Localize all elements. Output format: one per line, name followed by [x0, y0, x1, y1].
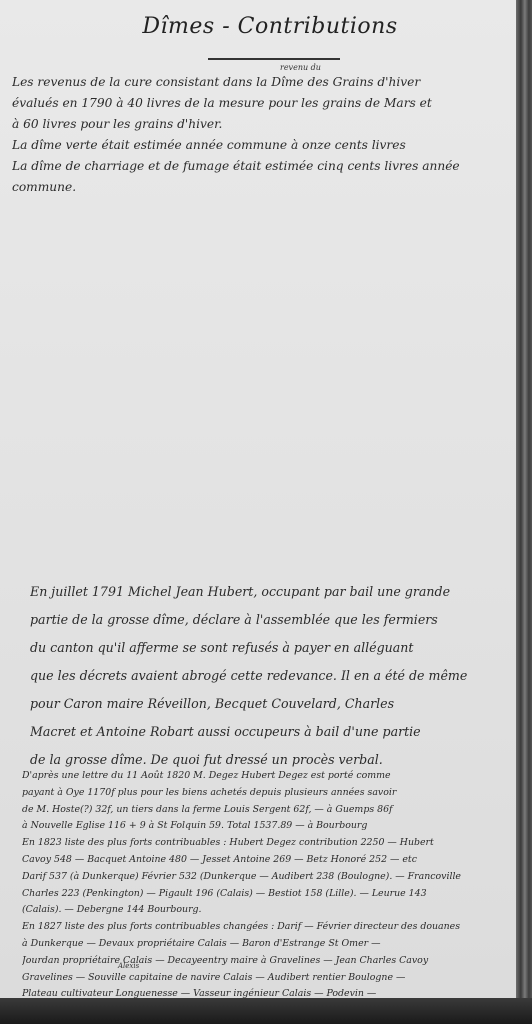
text-line: à Dunkerque — Devaux propriétaire Calais…	[22, 936, 512, 953]
text-line: (Calais). — Debergne 144 Bourbourg.	[22, 902, 512, 919]
interlinear-insertion: revenu du	[280, 63, 321, 72]
text-line: pour Caron maire Réveillon, Becquet Couv…	[30, 690, 500, 718]
text-line: La dîme verte était estimée année commun…	[12, 135, 502, 156]
book-binding-edge	[516, 0, 532, 1024]
text-line: commune.	[12, 177, 502, 198]
text-line: Darif 537 (à Dunkerque) Février 532 (Dun…	[22, 869, 512, 886]
text-line: Charles 223 (Penkington) — Pigault 196 (…	[22, 886, 512, 903]
paragraph-contributors: D'après une lettre du 11 Août 1820 M. De…	[22, 768, 512, 1003]
text-line: du canton qu'il afferme se sont refusés …	[30, 634, 500, 662]
text-line: de M. Hoste(?) 32f, un tiers dans la fer…	[22, 802, 512, 819]
text-line: Cavoy 548 — Bacquet Antoine 480 — Jesset…	[22, 852, 512, 869]
paragraph-1791-refusal: En juillet 1791 Michel Jean Hubert, occu…	[30, 578, 500, 774]
text-line: D'après une lettre du 11 Août 1820 M. De…	[22, 768, 512, 785]
text-line: partie de la grosse dîme, déclare à l'as…	[30, 606, 500, 634]
text-line: Jourdan propriétaire Calais — Decayeentr…	[22, 953, 512, 970]
text-line: La dîme de charriage et de fumage était …	[12, 156, 502, 177]
paragraph-revenues: Les revenus de la cure consistant dans l…	[12, 72, 502, 198]
text-line: payant à Oye 1170f plus pour les biens a…	[22, 785, 512, 802]
text-line: En 1823 liste des plus forts contribuabl…	[22, 835, 512, 852]
text-line: Macret et Antoine Robart aussi occupeurs…	[30, 718, 500, 746]
text-line: Gravelines — Souville capitaine de navir…	[22, 970, 512, 987]
manuscript-page: Dîmes - Contributions revenu du Les reve…	[0, 0, 517, 998]
page-bottom-shadow	[0, 998, 532, 1024]
text-line: à 60 livres pour les grains d'hiver.	[12, 114, 502, 135]
text-line: à Nouvelle Eglise 116 + 9 à St Folquin 5…	[22, 818, 512, 835]
page-title: Dîmes - Contributions	[140, 14, 400, 39]
text-line: évalués en 1790 à 40 livres de la mesure…	[12, 93, 502, 114]
title-underline	[208, 58, 340, 60]
text-line: Les revenus de la cure consistant dans l…	[12, 72, 502, 93]
text-line: En juillet 1791 Michel Jean Hubert, occu…	[30, 578, 500, 606]
text-line: En 1827 liste des plus forts contribuabl…	[22, 919, 512, 936]
text-line: que les décrets avaient abrogé cette red…	[30, 662, 500, 690]
